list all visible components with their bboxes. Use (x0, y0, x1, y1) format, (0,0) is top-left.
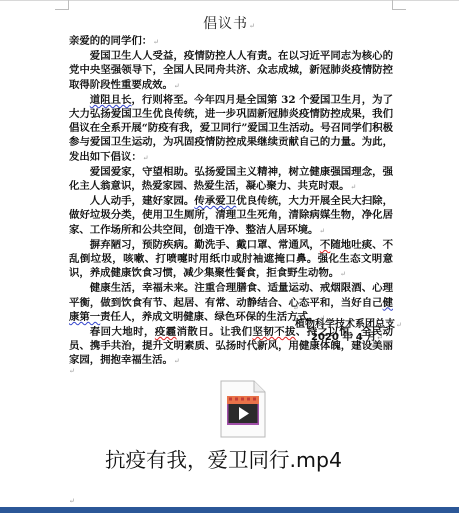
paragraph-mark: ↵ (396, 321, 402, 329)
video-file-icon[interactable] (220, 380, 266, 438)
empty-paragraph-mark: ↵ (69, 367, 75, 375)
spelling-flagged-text[interactable]: 疫霾 (155, 326, 177, 338)
paragraph-text: 摒弃陋习，预防疾病。勤洗手、戴口罩、常通风， (90, 239, 320, 251)
salutation-text: 亲爱的的同学们： (69, 35, 152, 47)
paragraph-3: 爱国爱家，守望相助。弘扬爱国主义精神，树立健康强国理念，强化主人翁意识，热爱家园… (69, 165, 393, 194)
paragraph-mark: ↵ (174, 82, 180, 90)
paragraph-mark: ↵ (340, 270, 346, 278)
paragraph-mark: ↵ (377, 334, 383, 342)
paragraph-mark: ↵ (293, 304, 299, 312)
empty-paragraph-mark: ↵ (69, 343, 75, 351)
paragraph-mark: ↵ (249, 22, 256, 30)
paragraph-text: 责任人，养成文明健康、绿色环保的生活方式。 (100, 311, 318, 323)
grammar-flagged-text[interactable]: 道阻且长 (90, 94, 132, 106)
crop-mark-top-left (55, 0, 69, 10)
paragraph-4: 人人动手，建好家园。传承爱卫优良传统，大力开展全民大扫除，做好垃圾分类，使用卫生… (69, 194, 393, 238)
paragraph-1: 爱国卫生人人受益，疫情防控人人有责。在以习近平同志为核心的党中央坚强领导下，全国… (69, 49, 393, 93)
status-bar (0, 507, 459, 513)
document-title-text: 倡议书 (203, 16, 248, 32)
signature-date: 2020 年 4 月↵ (311, 328, 383, 343)
empty-paragraph-mark: ↵ (69, 355, 75, 363)
salutation: 亲爱的的同学们：↵ (69, 34, 393, 49)
paragraph-mark: ↵ (174, 357, 180, 365)
paragraph-mark: ↵ (351, 183, 357, 191)
paragraph-text: 春回大地时， (90, 326, 155, 338)
signature-date-text: 2020 年 4 月 (311, 332, 376, 343)
paragraph-2: 道阻且长，行则将至。今年四月是全国第 32 个爱国卫生月，为了大力弘扬爱国卫生优… (69, 93, 393, 165)
paragraph-text: 消散日。让我们 (177, 326, 253, 338)
paragraph-5: 摒弃陋习，预防疾病。勤洗手、戴口罩、常通风，不随地吐痰、不乱倒垃圾，咳嗽、打喷嚏… (69, 238, 393, 282)
empty-paragraph-mark: ↵ (69, 497, 75, 505)
attachment-file-name[interactable]: 抗疫有我，爱卫同行.mp4 (100, 443, 390, 473)
spelling-flagged-text[interactable]: 不 (320, 239, 330, 251)
spelling-flagged-text[interactable]: 坚韧不拔 (253, 326, 296, 338)
paragraph-text: 人人动手，建好家园。 (90, 195, 195, 207)
paragraph-mark: ↵ (153, 38, 159, 46)
document-title: 倡议书↵ (0, 13, 459, 33)
paragraph-text: 健康生活，幸福未来。注重合理膳食、适量运动、戒烟限酒、心理平衡，做到饮食有节、起… (69, 282, 393, 308)
paragraph-mark: ↵ (143, 154, 149, 162)
paragraph-text: 爱国爱家，守望相助。弘扬爱国主义精神，树立健康强国理念，强化主人翁意识，热爱家园… (69, 166, 393, 192)
paragraph-mark: ↵ (319, 227, 325, 235)
grammar-flagged-text[interactable]: 传承爱卫 (194, 195, 236, 207)
crop-mark-top-right (392, 0, 406, 10)
document-page[interactable]: 倡议书↵ 亲爱的的同学们：↵ 爱国卫生人人受益，疫情防控人人有责。在以习近平同志… (0, 0, 459, 507)
embedded-video-attachment[interactable]: 抗疫有我，爱卫同行.mp4 (100, 380, 390, 480)
paragraph-text: 爱国卫生人人受益，疫情防控人人有责。在以习近平同志为核心的党中央坚强领导下，全国… (69, 50, 393, 90)
